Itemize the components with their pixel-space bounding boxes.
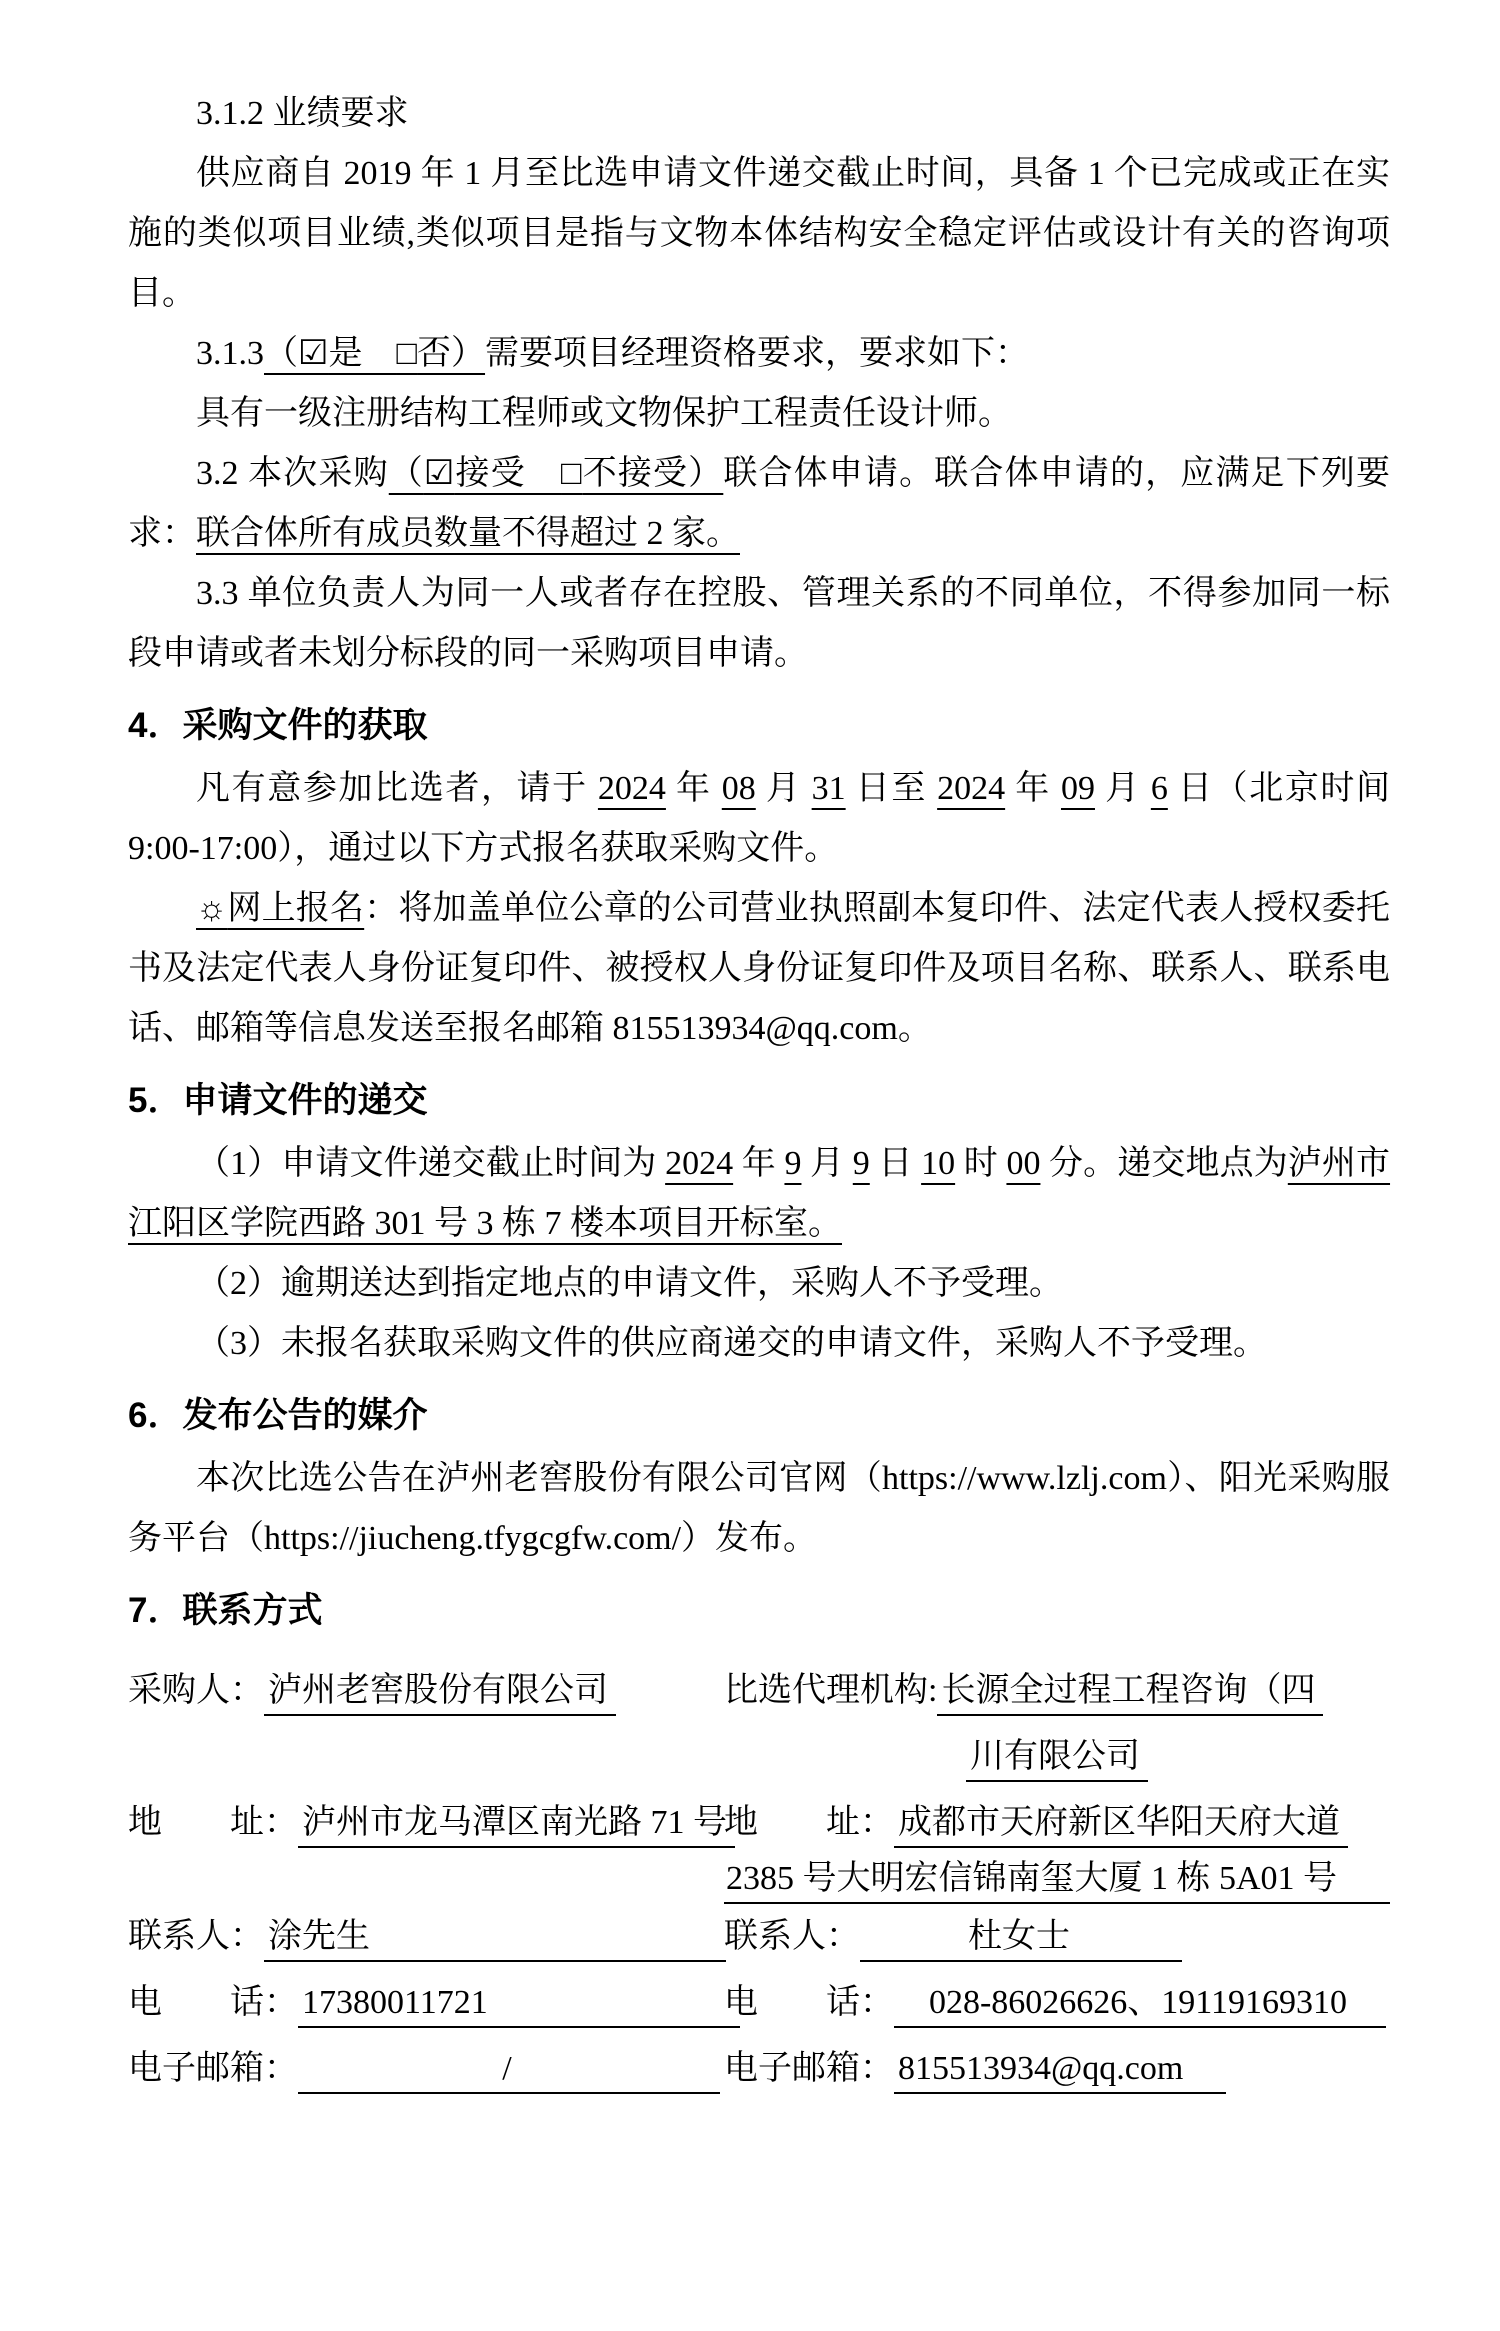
text-run: 月: [1095, 770, 1151, 807]
para-5-1: （1）申请文件递交截止时间为 2024 年 9 月 9 日 10 时 00 分。…: [128, 1134, 1390, 1254]
agency-phone-label: 电 话：: [724, 1984, 894, 2021]
text-run: 月: [801, 1145, 852, 1182]
text-run: 5．申请文件的递交: [128, 1081, 427, 1120]
para-3-1-3-requirement: 具有一级注册结构工程师或文物保护工程责任设计师。: [128, 384, 1390, 444]
contact-line: 采购人：泸州老窖股份有限公司: [128, 1658, 724, 1724]
contact-line: 电 话：17380011721: [128, 1970, 724, 2036]
contact-value: 028-86026626、19119169310: [894, 1980, 1386, 2028]
para-5-2: （2）逾期送达到指定地点的申请文件，采购人不予受理。: [128, 1254, 1390, 1314]
para-3-1-2-body: 供应商自 2019 年 1 月至比选申请文件递交截止时间，具备 1 个已完成或正…: [128, 144, 1390, 324]
agency-email-label: 电子邮箱：: [724, 2050, 894, 2087]
checkbox-unchecked-icon: □: [396, 335, 417, 372]
text-run: 2024: [665, 1145, 733, 1182]
agency-contact-label: 联系人：: [724, 1918, 860, 1955]
contact-row: 电 话：17380011721电 话：028-86026626、19119169…: [128, 1970, 1390, 2036]
contact-value: /: [298, 2046, 720, 2094]
para-3-1-3: 3.1.3（☑是 □否）需要项目经理资格要求，要求如下：: [128, 324, 1390, 384]
checkbox-unchecked-icon: □: [561, 455, 583, 492]
document-body: 3.1.2 业绩要求供应商自 2019 年 1 月至比选申请文件递交截止时间，具…: [128, 84, 1390, 1642]
contact-cell-left: 采购人：泸州老窖股份有限公司: [128, 1658, 724, 1724]
purchaser-label: 采购人：: [128, 1672, 264, 1709]
contact-value: 川有限公司: [966, 1734, 1148, 1782]
text-run: 年: [666, 770, 722, 807]
text-run: 日至: [846, 770, 937, 807]
text-run: （: [389, 455, 424, 492]
text-run: 2024: [598, 770, 666, 807]
contact-line: 地 址：成都市天府新区华阳天府大道: [724, 1790, 1390, 1856]
contact-row: 电子邮箱：/电子邮箱：815513934@qq.com: [128, 2036, 1390, 2102]
contact-row: 采购人：泸州老窖股份有限公司比选代理机构:长源全过程工程咨询（四川有限公司: [128, 1658, 1390, 1790]
contact-line: 比选代理机构:长源全过程工程咨询（四: [724, 1658, 1390, 1724]
text-run: 4．采购文件的获取: [128, 706, 427, 745]
contact-cell-right: 电 话：028-86026626、19119169310: [724, 1970, 1390, 2036]
contact-line-continuation: 2385 号大明宏信锦南玺大厦 1 栋 5A01 号: [724, 1856, 1390, 1904]
text-run: 网上报名: [227, 890, 364, 927]
contact-line: 联系人：杜女士: [724, 1904, 1390, 1970]
contact-cell-right: 比选代理机构:长源全过程工程咨询（四川有限公司: [724, 1658, 1390, 1790]
text-run: 需要项目经理资格要求，要求如下：: [485, 335, 1029, 372]
contact-line: 电 话：028-86026626、19119169310: [724, 1970, 1390, 2036]
contact-value: 杜女士: [860, 1914, 1182, 1962]
contact-cell-right: 电子邮箱：815513934@qq.com: [724, 2036, 1390, 2102]
contact-section: 采购人：泸州老窖股份有限公司比选代理机构:长源全过程工程咨询（四川有限公司地 址…: [128, 1658, 1390, 2102]
contact-line: 联系人：涂先生: [128, 1904, 724, 1970]
checkbox-checked-icon: ☑: [298, 335, 328, 372]
page-content: 3.1.2 业绩要求供应商自 2019 年 1 月至比选申请文件递交截止时间，具…: [0, 0, 1500, 2102]
para-3-3: 3.3 单位负责人为同一人或者存在控股、管理关系的不同单位，不得参加同一标段申请…: [128, 564, 1390, 684]
text-run: 是: [328, 335, 396, 372]
contact-line: 电子邮箱：/: [128, 2036, 724, 2102]
purchaser-contact-label: 联系人：: [128, 1918, 264, 1955]
text-run: （3）未报名获取采购文件的供应商递交的申请文件，采购人不予受理。: [196, 1325, 1267, 1362]
contact-cell-left: 电子邮箱：/: [128, 2036, 724, 2102]
contact-cell-right: 地 址：成都市天府新区华阳天府大道2385 号大明宏信锦南玺大厦 1 栋 5A0…: [724, 1790, 1390, 1904]
text-run: 10: [921, 1145, 955, 1182]
text-run: 联合体所有成员数量不得超过 2 家。: [196, 515, 740, 552]
text-run: 9: [784, 1145, 801, 1182]
text-run: 否）: [417, 335, 485, 372]
text-run: 31: [812, 770, 846, 807]
contact-value: 2385 号大明宏信锦南玺大厦 1 栋 5A01 号: [724, 1856, 1390, 1904]
text-run: 具有一级注册结构工程师或文物保护工程责任设计师。: [196, 395, 1012, 432]
contact-cell-right: 联系人：杜女士: [724, 1904, 1390, 1970]
contact-row: 联系人：涂先生联系人：杜女士: [128, 1904, 1390, 1970]
contact-value: 成都市天府新区华阳天府大道: [894, 1800, 1348, 1848]
text-run: 09: [1061, 770, 1095, 807]
text-run: 3.3 单位负责人为同一人或者存在控股、管理关系的不同单位，不得参加同一标段申请…: [128, 575, 1390, 672]
contact-value: 长源全过程工程咨询（四: [937, 1668, 1323, 1716]
text-run: 3.1.2 业绩要求: [196, 95, 409, 132]
heading-7: 7．联系方式: [128, 1579, 1390, 1642]
contact-value: 涂先生: [264, 1914, 726, 1962]
text-run: 3.2 本次采购: [196, 455, 389, 492]
text-run: 00: [1006, 1145, 1040, 1182]
para-5-3: （3）未报名获取采购文件的供应商递交的申请文件，采购人不予受理。: [128, 1314, 1390, 1374]
para-4-body: 凡有意参加比选者，请于 2024 年 08 月 31 日至 2024 年 09 …: [128, 759, 1390, 879]
text-run: 3.1.3: [196, 335, 264, 372]
para-6-body: 本次比选公告在泸州老窖股份有限公司官网（https://www.lzlj.com…: [128, 1449, 1390, 1569]
purchaser-address-label: 地 址：: [128, 1804, 298, 1841]
contact-line-continuation: 川有限公司: [724, 1724, 1390, 1790]
text-run: 7．联系方式: [128, 1591, 322, 1630]
procurement-notice-page: 3.1.2 业绩要求供应商自 2019 年 1 月至比选申请文件递交截止时间，具…: [0, 0, 1500, 2331]
text-run: 日: [870, 1145, 921, 1182]
text-run: 6: [1151, 770, 1168, 807]
text-run: （: [264, 335, 298, 372]
text-run: 凡有意参加比选者，请于: [196, 770, 598, 807]
contact-line: 地 址：泸州市龙马潭区南光路 71 号: [128, 1790, 724, 1856]
heading-6: 6．发布公告的媒介: [128, 1384, 1390, 1447]
contact-row: 地 址：泸州市龙马潭区南光路 71 号地 址：成都市天府新区华阳天府大道2385…: [128, 1790, 1390, 1904]
text-run: 6．发布公告的媒介: [128, 1396, 427, 1435]
purchaser-phone-label: 电 话：: [128, 1984, 298, 2021]
text-run: 月: [756, 770, 812, 807]
text-run: 08: [722, 770, 756, 807]
purchaser-email-label: 电子邮箱：: [128, 2050, 298, 2087]
text-run: 2024: [937, 770, 1005, 807]
contact-value: 17380011721: [298, 1980, 740, 2028]
para-3-2: 3.2 本次采购（☑接受 □不接受）联合体申请。联合体申请的，应满足下列要求：联…: [128, 444, 1390, 564]
text-run: 分。递交地点为: [1040, 1145, 1287, 1182]
text-run: 供应商自 2019 年 1 月至比选申请文件递交截止时间，具备 1 个已完成或正…: [128, 155, 1390, 312]
text-run: （2）逾期送达到指定地点的申请文件，采购人不予受理。: [196, 1265, 1063, 1302]
contact-value: 815513934@qq.com: [894, 2046, 1226, 2094]
contact-cell-left: 地 址：泸州市龙马潭区南光路 71 号: [128, 1790, 724, 1856]
contact-cell-left: 电 话：17380011721: [128, 1970, 724, 2036]
heading-4: 4．采购文件的获取: [128, 694, 1390, 757]
checkbox-checked-icon: ☑: [424, 455, 454, 492]
text-run: （1）申请文件递交截止时间为: [196, 1145, 665, 1182]
agency-address-label: 地 址：: [724, 1804, 894, 1841]
text-run: 时: [955, 1145, 1006, 1182]
contact-value: 泸州市龙马潭区南光路 71 号: [298, 1800, 735, 1848]
text-run: 不接受）: [583, 455, 724, 492]
heading-5: 5．申请文件的递交: [128, 1069, 1390, 1132]
text-run: 9: [853, 1145, 870, 1182]
text-run: 接受: [454, 455, 561, 492]
agency-label: 比选代理机构:: [724, 1672, 937, 1709]
contact-value: 泸州老窖股份有限公司: [264, 1668, 616, 1716]
text-run: 年: [1005, 770, 1061, 807]
para-online-signup: ☼网上报名：将加盖单位公章的公司营业执照副本复印件、法定代表人授权委托书及法定代…: [128, 879, 1390, 1059]
contact-line: 电子邮箱：815513934@qq.com: [724, 2036, 1390, 2102]
para-3-1-2-title: 3.1.2 业绩要求: [128, 84, 1390, 144]
text-run: 年: [733, 1145, 784, 1182]
contact-cell-left: 联系人：涂先生: [128, 1904, 724, 1970]
text-run: 本次比选公告在泸州老窖股份有限公司官网（https://www.lzlj.com…: [128, 1460, 1390, 1557]
sun-icon: ☼: [196, 890, 227, 927]
